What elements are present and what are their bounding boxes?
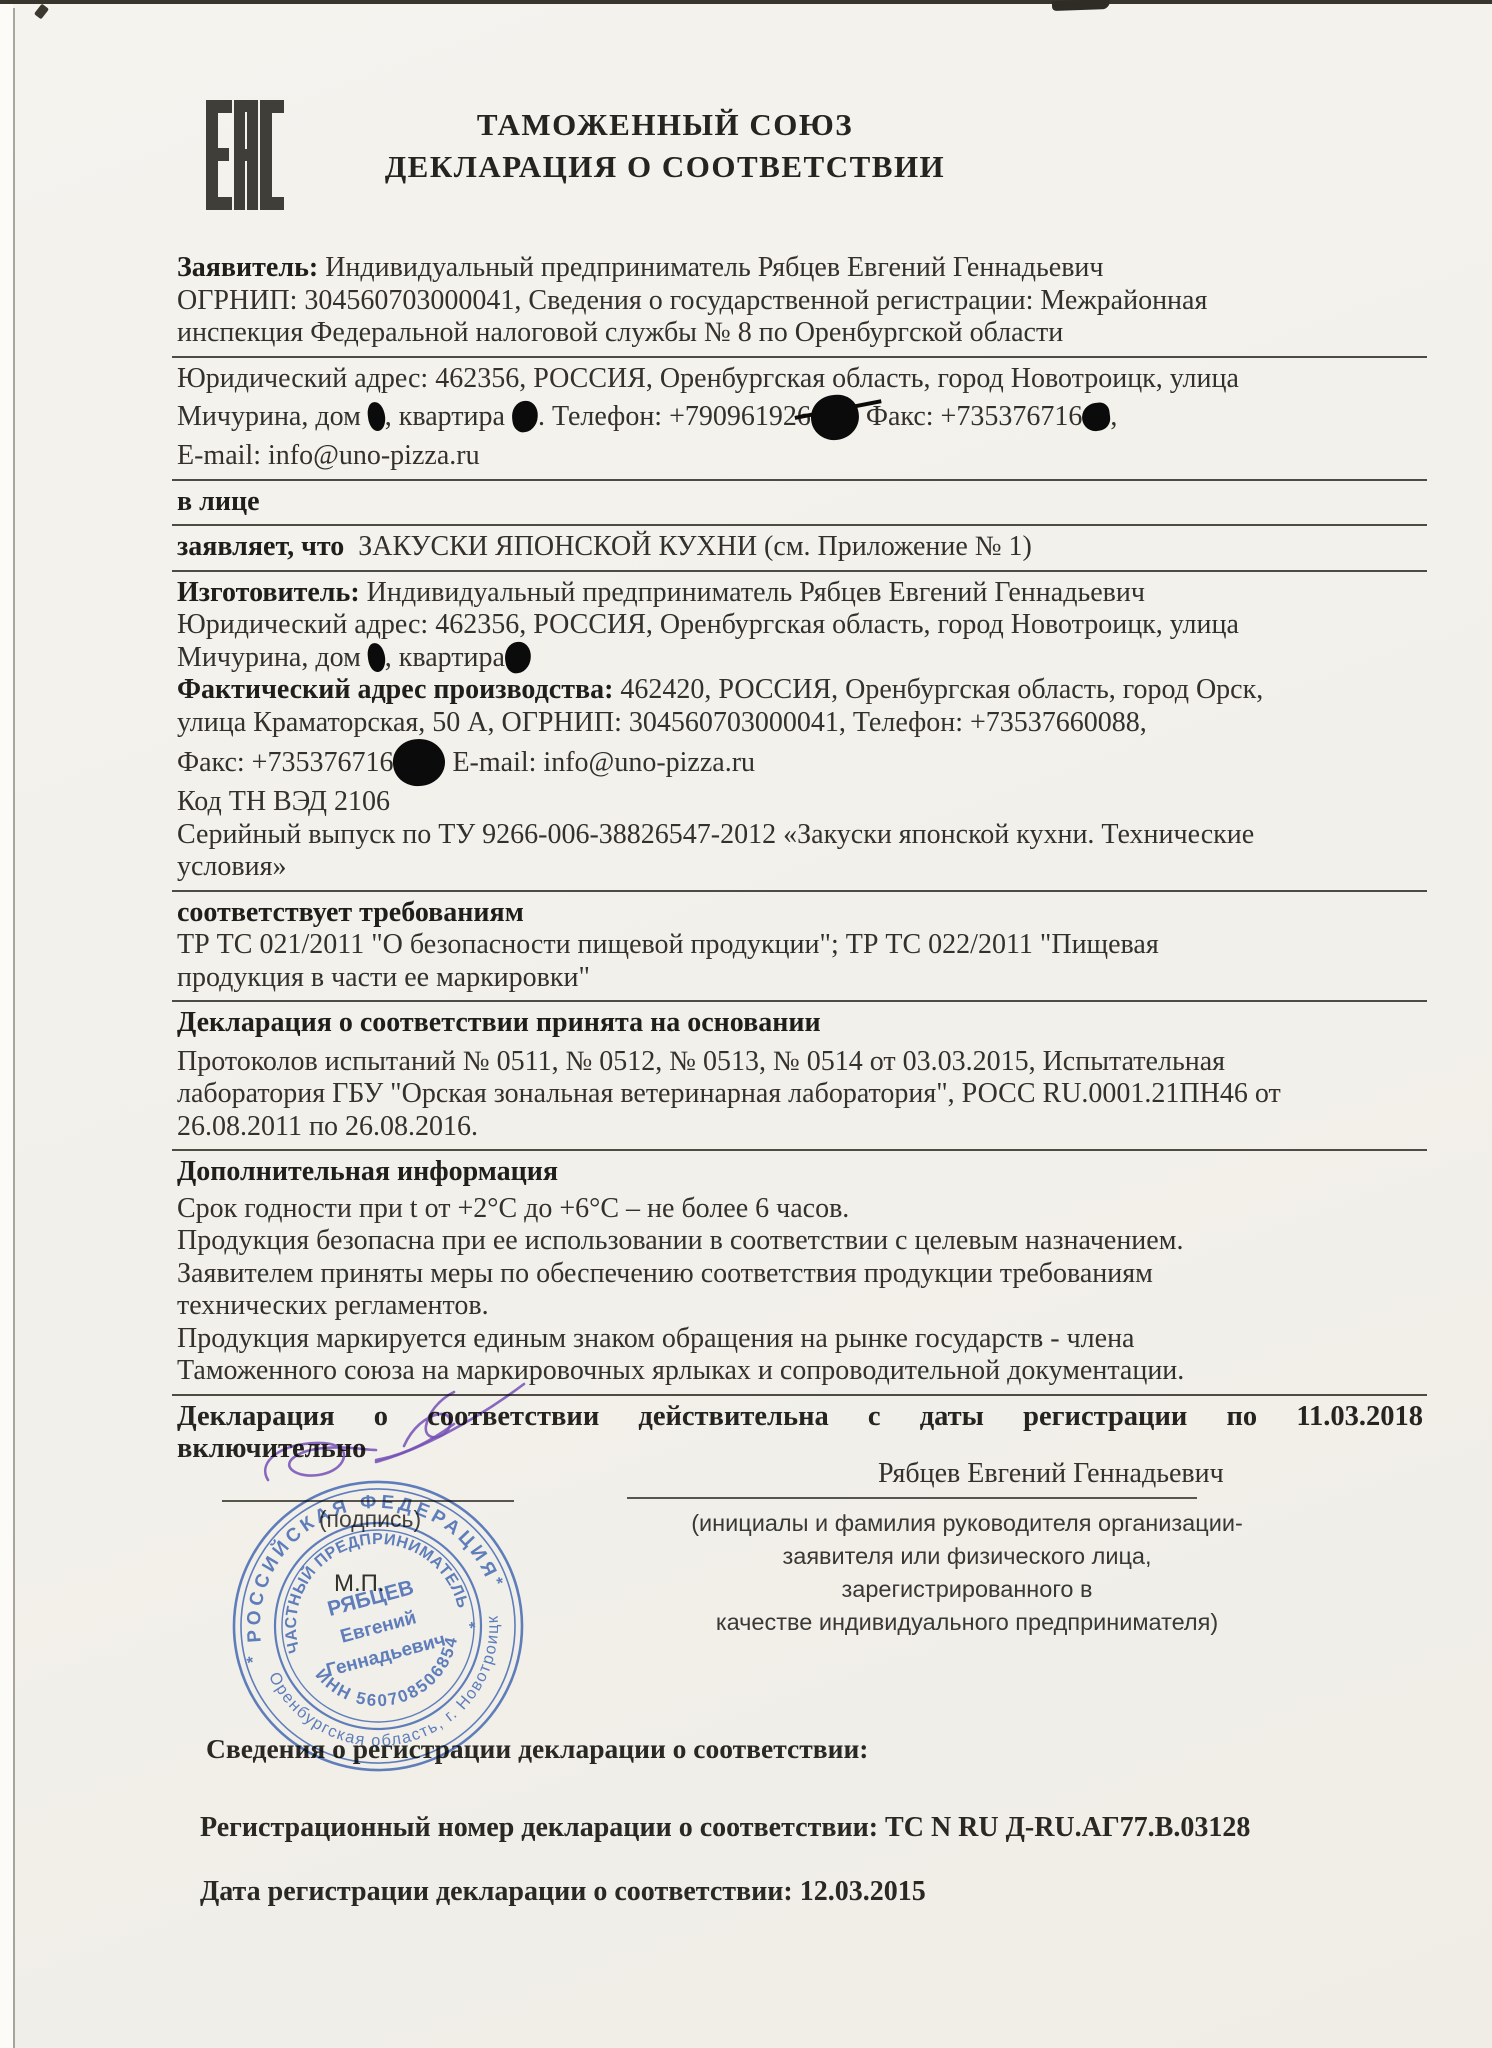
eac-logo-icon (206, 100, 284, 210)
basis-line2: лаборатория ГБУ "Орская зональная ветери… (177, 1078, 1423, 1111)
redaction-mark (808, 392, 861, 443)
divider (172, 356, 1427, 358)
additional-line2: Продукция безопасна при ее использовании… (177, 1225, 1423, 1258)
manufacturer-name: Индивидуальный предприниматель Рябцев Ев… (360, 577, 1145, 608)
address-text: , (1110, 401, 1117, 432)
scan-artifact-left-line (13, 8, 15, 2048)
divider (172, 890, 1427, 892)
product-name: ЗАКУСКИ ЯПОНСКОЙ КУХНИ (см. Приложение №… (344, 531, 1032, 562)
section-manufacturer: Изготовитель: Индивидуальный предпринима… (177, 575, 1423, 887)
signature (208, 1376, 538, 1516)
additional-line1: Срок годности при t от +2°С до +6°С – не… (177, 1193, 1423, 1226)
legal-address-line2: Мичурина, дом , квартира . Телефон: +790… (177, 395, 1423, 440)
email-line: E-mail: info@uno-pizza.ru (177, 440, 1423, 473)
complies-line1: ТР ТС 021/2011 "О безопасности пищевой п… (177, 929, 1423, 962)
manufacturer-line6: Факс: +735376716 E-mail: info@uno-pizza.… (177, 739, 1423, 786)
fax-text: Факс: +735376716 (177, 747, 393, 778)
basis-line3: 26.08.2011 по 26.08.2016. (177, 1111, 1423, 1144)
redaction-mark (366, 642, 386, 673)
section-in-person: в лице (177, 484, 1423, 522)
manufacturer-line1: Изготовитель: Индивидуальный предпринима… (177, 577, 1423, 610)
section-complies: соответствует требованиям ТР ТС 021/2011… (177, 895, 1423, 998)
address-text: Мичурина, дом (177, 401, 368, 432)
scan-artifact-corner-mark (34, 4, 49, 20)
manufacturer-line4: Фактический адрес производства: 462420, … (177, 674, 1423, 707)
section-applicant: Заявитель: Индивидуальный предпринимател… (177, 250, 1423, 353)
section-basis: Декларация о соответствии принята на осн… (177, 1005, 1423, 1146)
stamp-star: * (245, 1653, 257, 1673)
redaction-mark (1081, 401, 1112, 432)
title-line1: ТАМОЖЕННЫЙ СОЮЗ (320, 104, 1010, 146)
additional-line5: Продукция маркируется единым знаком обра… (177, 1323, 1423, 1356)
title-line2: ДЕКЛАРАЦИЯ О СООТВЕТСТВИИ (320, 146, 1010, 188)
in-person-label: в лице (177, 486, 260, 517)
address-text: Мичурина, дом (177, 642, 368, 673)
divider (172, 1149, 1427, 1151)
legal-address-line1: Юридический адрес: 462356, РОССИЯ, Оренб… (177, 363, 1423, 396)
registration-date-line: Дата регистрации декларации о соответств… (200, 1876, 926, 1908)
section-additional-info: Дополнительная информация Срок годности … (177, 1154, 1423, 1391)
complies-line2: продукция в части ее маркировки" (177, 962, 1423, 995)
applicant-line2: ОГРНИП: 304560703000041, Сведения о госу… (177, 285, 1423, 318)
registration-number-line: Регистрационный номер декларации о соотв… (200, 1812, 1250, 1844)
stamp-star: * (467, 1618, 479, 1638)
scan-artifact-top-edge (0, 0, 1492, 4)
phone-text: . Телефон: +790961926 (538, 401, 811, 432)
scan-artifact-left-strip (0, 4, 13, 2048)
manufacturer-line3: Мичурина, дом , квартира (177, 642, 1423, 675)
divider (172, 524, 1427, 526)
serial-line1: Серийный выпуск по ТУ 9266-006-38826547-… (177, 819, 1423, 852)
factual-address-text: 462420, РОССИЯ, Оренбургская область, го… (613, 674, 1263, 705)
name-caption-line2: заявителя или физического лица, зарегист… (678, 1540, 1256, 1606)
redaction-mark (366, 401, 386, 432)
email-text: E-mail: info@uno-pizza.ru (445, 747, 755, 778)
serial-line2: условия» (177, 851, 1423, 884)
additional-line4: технических регламентов. (177, 1290, 1423, 1323)
document-body: Заявитель: Индивидуальный предпринимател… (177, 250, 1423, 1469)
redaction-mark (503, 640, 533, 674)
section-declares: заявляет, чтоЗАКУСКИ ЯПОНСКОЙ КУХНИ (см.… (177, 529, 1423, 567)
address-text: , квартира (385, 401, 512, 432)
divider (172, 1000, 1427, 1002)
basis-line1: Протоколов испытаний № 0511, № 0512, № 0… (177, 1046, 1423, 1079)
section-legal-address: Юридический адрес: 462356, РОССИЯ, Оренб… (177, 361, 1423, 476)
scan-artifact-top-blob (1052, 0, 1110, 11)
tnved-code-line: Код ТН ВЭД 2106 (177, 786, 1423, 819)
applicant-name: Индивидуальный предприниматель Рябцев Ев… (318, 252, 1103, 283)
applicant-label: Заявитель: (177, 252, 318, 283)
divider (172, 570, 1427, 572)
additional-line3: Заявителем приняты меры по обеспечению с… (177, 1258, 1423, 1291)
manufacturer-line2: Юридический адрес: 462356, РОССИЯ, Оренб… (177, 609, 1423, 642)
complies-label: соответствует требованиям (177, 897, 524, 928)
additional-label: Дополнительная информация (177, 1156, 558, 1187)
declares-label: заявляет, что (177, 531, 344, 562)
stamp-star: * (495, 1573, 507, 1593)
company-stamp: РОССИЙСКАЯ ФЕДЕРАЦИЯ Оренбургская област… (228, 1476, 528, 1776)
name-caption-line1: (инициалы и фамилия руководителя организ… (678, 1507, 1256, 1540)
manufacturer-line5: улица Краматорская, 50 А, ОГРНИП: 304560… (177, 707, 1423, 740)
redaction-mark (391, 736, 448, 789)
manufacturer-label: Изготовитель: (177, 577, 360, 608)
basis-label: Декларация о соответствии принята на осн… (177, 1007, 821, 1038)
name-line (627, 1497, 1197, 1499)
name-caption: (инициалы и фамилия руководителя организ… (678, 1507, 1256, 1639)
divider (172, 479, 1427, 481)
document-title: ТАМОЖЕННЫЙ СОЮЗ ДЕКЛАРАЦИЯ О СООТВЕТСТВИ… (320, 104, 1010, 188)
signatory-name: Рябцев Евгений Геннадьевич (878, 1458, 1224, 1490)
redaction-mark (510, 400, 540, 434)
document-page: ТАМОЖЕННЫЙ СОЮЗ ДЕКЛАРАЦИЯ О СООТВЕТСТВИ… (0, 0, 1492, 2048)
applicant-line1: Заявитель: Индивидуальный предпринимател… (177, 252, 1423, 285)
name-caption-line3: качестве индивидуального предпринимателя… (678, 1606, 1256, 1639)
fax-text: Факс: +735376716 (859, 401, 1082, 432)
factual-address-label: Фактический адрес производства: (177, 674, 613, 705)
applicant-line3: инспекция Федеральной налоговой службы №… (177, 317, 1423, 350)
address-text: , квартира (385, 642, 505, 673)
